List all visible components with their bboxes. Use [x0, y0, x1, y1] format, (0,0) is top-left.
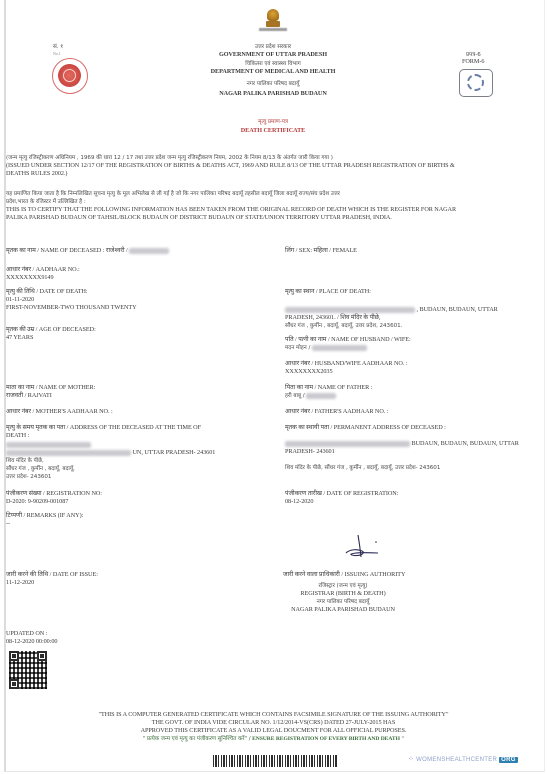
registrar-hi: रजिस्ट्रार (जन्म एवं मृत्यु) — [263, 582, 423, 590]
footer-line-2: THE GOVT. OF INDIA VIDE CIRCULAR NO. 1/1… — [0, 719, 547, 727]
addr-time-line-2: शिव मंदिर के पीछे, — [6, 457, 44, 465]
issued-en-2: DEATHS RULES 2002.) — [6, 170, 67, 178]
reg-date-label: पंजीकरण तारीख / DATE OF REGISTRATION: — [285, 490, 398, 498]
mother-label: माता का नाम / NAME OF MOTHER: — [6, 384, 95, 392]
pod-line-2: PRADESH, 243601. / शिव मंदिर के पीछे, — [285, 314, 380, 322]
redacted-perm-address — [285, 441, 410, 447]
spouse-aadhaar-value: XXXXXXXX2035 — [285, 368, 333, 376]
perm-addr-line-2: PRADESH- 243601 — [285, 448, 335, 456]
perm-addr-label: मृतक का स्थायी पता / PERMANENT ADDRESS O… — [285, 424, 446, 432]
redacted-spouse — [312, 345, 367, 351]
authority-label: जारी करने वाला प्राधिकारी / ISSUING AUTH… — [283, 571, 405, 579]
age-value: 47 YEARS — [6, 334, 33, 342]
registrar-body-hi: नगर पालिका परिषद बदायूँ — [263, 598, 423, 606]
watermark: ⁘WOMENSHEALTHCENTERORG — [408, 755, 518, 763]
qr-code-icon — [9, 651, 47, 689]
redacted-address — [6, 450, 131, 456]
redacted-name — [129, 248, 169, 254]
perm-addr-line-1: BUDAUN, BUDAUN, BUDAUN, UTTAR — [285, 440, 519, 448]
issue-date-value: 11-12-2020 — [6, 579, 34, 587]
mother-aadhaar-label: आधार नंबर / MOTHER'S AADHAAR NO. : — [6, 408, 113, 416]
remarks-label: टिप्पणी / REMARKS (IF ANY): — [6, 512, 83, 520]
sex-field: लिंग / SEX: महिला / FEMALE — [285, 247, 357, 255]
certify-hi-2: प्रदेश,भारत के रजिस्टर में उल्लिखित है : — [6, 198, 86, 206]
age-label: मृतक की उम्र / AGE OF DECEASED: — [6, 326, 96, 334]
left-code-en: No.1 — [53, 50, 61, 58]
mother-value: राजवती / RAJVATI — [6, 392, 52, 400]
addr-time-label-2: DEATH : — [6, 432, 29, 440]
father-value: हरी बाबू / — [285, 392, 336, 400]
dod-words: FIRST-NOVEMBER-TWO THOUSAND TWENTY — [6, 304, 137, 312]
footer-slogan: " प्रत्येक जन्म एवं मृत्यु का पंजीकरण सु… — [0, 735, 547, 743]
father-aadhaar-label: आधार नंबर / FATHER'S AADHAAR NO. : — [285, 408, 388, 416]
form-seal-icon — [459, 69, 493, 97]
issue-date-label: जारी करने की तिथि / DATE OF ISSUE: — [6, 571, 98, 579]
addr-time-line-1: UN, UTTAR PRADESH- 243601 — [6, 449, 215, 457]
updated-label: UPDATED ON : — [6, 630, 47, 638]
pod-label: मृत्यु का स्थान / PLACE OF DEATH: — [285, 288, 371, 296]
pod-line-1: , BUDAUN, BUDAUN, UTTAR — [285, 306, 498, 314]
issued-hi: (जन्म मृत्यु रजिस्ट्रीकरण अधिनियम , 1969… — [6, 154, 333, 162]
pod-line-3: सौंधर गंज , कुर्मीन , बदायूँ, बदायूँ, उत… — [285, 322, 402, 330]
gov-hi: उत्तर प्रदेश सरकार — [173, 43, 373, 51]
redacted-address-line — [6, 441, 91, 449]
dod-label: मृत्यु की तिथि / DATE OF DEATH: — [6, 288, 88, 296]
body-hi: नगर पालिका परिषद बदायूँ — [173, 80, 373, 88]
spouse-value: मदन मोहन / — [285, 344, 367, 352]
perm-addr-line-3: शिव मंदिर के पीछे, सौंधर गंज , कुर्मीन ,… — [285, 464, 440, 472]
footer-line-1: "THIS IS A COMPUTER GENERATED CERTIFICAT… — [0, 711, 547, 719]
addr-time-label-1: मृत्यु के समय मृतक का पता / ADDRESS OF T… — [6, 424, 201, 432]
state-emblem-icon — [263, 9, 283, 33]
footer-line-3: APPROVED THIS CERTIFICATE AS A VALID LEG… — [0, 727, 547, 735]
registrar-en: REGISTRAR (BIRTH & DEATH) — [263, 590, 423, 598]
dod-value: 01-11-2020 — [6, 296, 34, 304]
redacted-place — [285, 307, 415, 313]
registrar-body-en: NAGAR PALIKA PARISHAD BUDAUN — [263, 606, 423, 614]
remarks-value: -- — [6, 520, 10, 528]
dept-en: DEPARTMENT OF MEDICAL AND HEALTH — [173, 68, 373, 76]
dept-hi: चिकित्सा एवं स्वास्थ्य विभाग — [173, 60, 373, 68]
aadhaar-label: आधार नंबर / AADHAAR NO.: — [6, 266, 80, 274]
spouse-label: पति / पत्नी का नाम / NAME OF HUSBAND / W… — [285, 336, 411, 344]
issued-en-1: (ISSUED UNDER SECTION 12/17 OF THE REGIS… — [6, 162, 455, 170]
aadhaar-value: XXXXXXXX9149 — [6, 274, 54, 282]
father-label: पिता का नाम / NAME OF FATHER : — [285, 384, 372, 392]
reg-no-value: D-2020: 9-90209-001087 — [6, 498, 68, 506]
redacted-father — [306, 393, 336, 399]
certify-en-1: THIS IS TO CERTIFY THAT THE FOLLOWING IN… — [6, 206, 456, 214]
gov-en: GOVERNMENT OF UTTAR PRADESH — [173, 51, 373, 59]
signature-icon — [340, 533, 385, 563]
updated-value: 08-12-2020 00:00:00 — [6, 638, 57, 646]
reg-date-value: 08-12-2020 — [285, 498, 313, 506]
title-hi: मृत्यु प्रमाण-पत्र — [173, 118, 373, 126]
reg-no-label: पंजीकरण संख्या / REGISTRATION NO: — [6, 490, 102, 498]
certify-en-2: PALIKA PARISHAD BUDAUN OF TAHSIL/BLOCK B… — [6, 214, 392, 222]
body-en: NAGAR PALIKA PARISHAD BUDAUN — [173, 90, 373, 98]
spouse-aadhaar-label: आधार नंबर / HUSBAND/WIFE AADHAAR NO. : — [285, 360, 408, 368]
watermark-logo-icon: ⁘ — [408, 756, 414, 763]
name-label: मृतक का नाम / NAME OF DECEASED : राजेश्व… — [6, 247, 128, 254]
name-of-deceased: मृतक का नाम / NAME OF DECEASED : राजेश्व… — [6, 247, 169, 255]
form-en: FORM-6 — [462, 58, 484, 66]
page-title: DEATH CERTIFICATE — [173, 127, 373, 135]
addr-time-line-4: उत्तर प्रदेश- 243601 — [6, 473, 51, 481]
barcode-icon — [213, 755, 337, 767]
certify-hi-1: यह प्रमाणित किया जाता है कि निम्नलिखित स… — [6, 190, 340, 198]
up-government-seal-icon — [52, 58, 88, 94]
addr-time-line-3: सौंधर गंज , कुर्मीन , बदायूँ, बदायूँ, — [6, 465, 75, 473]
